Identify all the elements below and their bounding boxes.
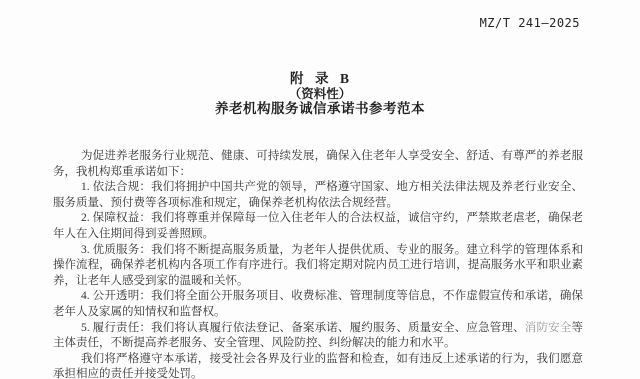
commitment-item-5-faded-text: 消防安全 <box>525 322 572 334</box>
commitment-item-2: 2. 保障权益：我们将尊重并保障每一位入住老年人的合法权益，诚信守约，严禁欺老虐… <box>53 211 583 242</box>
appendix-heading: 养老机构服务诚信承诺书参考范本 <box>0 101 640 116</box>
document-body: 为促进养老服务行业规范、健康、可持续发展，确保入住老年人享受安全、舒适、有尊严的… <box>53 149 583 379</box>
appendix-label: 附 录 B <box>0 70 640 87</box>
standard-code: MZ/T 241—2025 <box>480 16 580 30</box>
commitment-item-1: 1. 依法合规：我们将拥护中国共产党的领导，严格遵守国家、地方相关法律法规及养老… <box>53 180 583 211</box>
intro-paragraph: 为促进养老服务行业规范、健康、可持续发展，确保入住老年人享受安全、舒适、有尊严的… <box>53 149 583 180</box>
document-page: MZ/T 241—2025 附 录 B （资料性） 养老机构服务诚信承诺书参考范… <box>0 0 640 379</box>
appendix-type-label: （资料性） <box>0 87 640 101</box>
appendix-title-block: 附 录 B （资料性） 养老机构服务诚信承诺书参考范本 <box>0 70 640 116</box>
closing-paragraph: 我们将严格遵守本承诺，接受社会各界及行业的监督和检查，如有违反上述承诺的行为，我… <box>53 352 583 379</box>
commitment-item-5-lead: 5. 履行责任：我们将认真履行依法登记、备案承诺、履约服务、质量安全、应急管理、 <box>81 322 525 334</box>
commitment-item-3: 3. 优质服务：我们将不断提高服务质量，为老年人提供优质、专业的服务。建立科学的… <box>53 243 583 290</box>
commitment-item-4: 4. 公开透明：我们将全面公开服务项目、收费标准、管理制度等信息，不作虚假宣传和… <box>53 289 583 320</box>
commitment-item-5: 5. 履行责任：我们将认真履行依法登记、备案承诺、履约服务、质量安全、应急管理、… <box>53 321 583 352</box>
